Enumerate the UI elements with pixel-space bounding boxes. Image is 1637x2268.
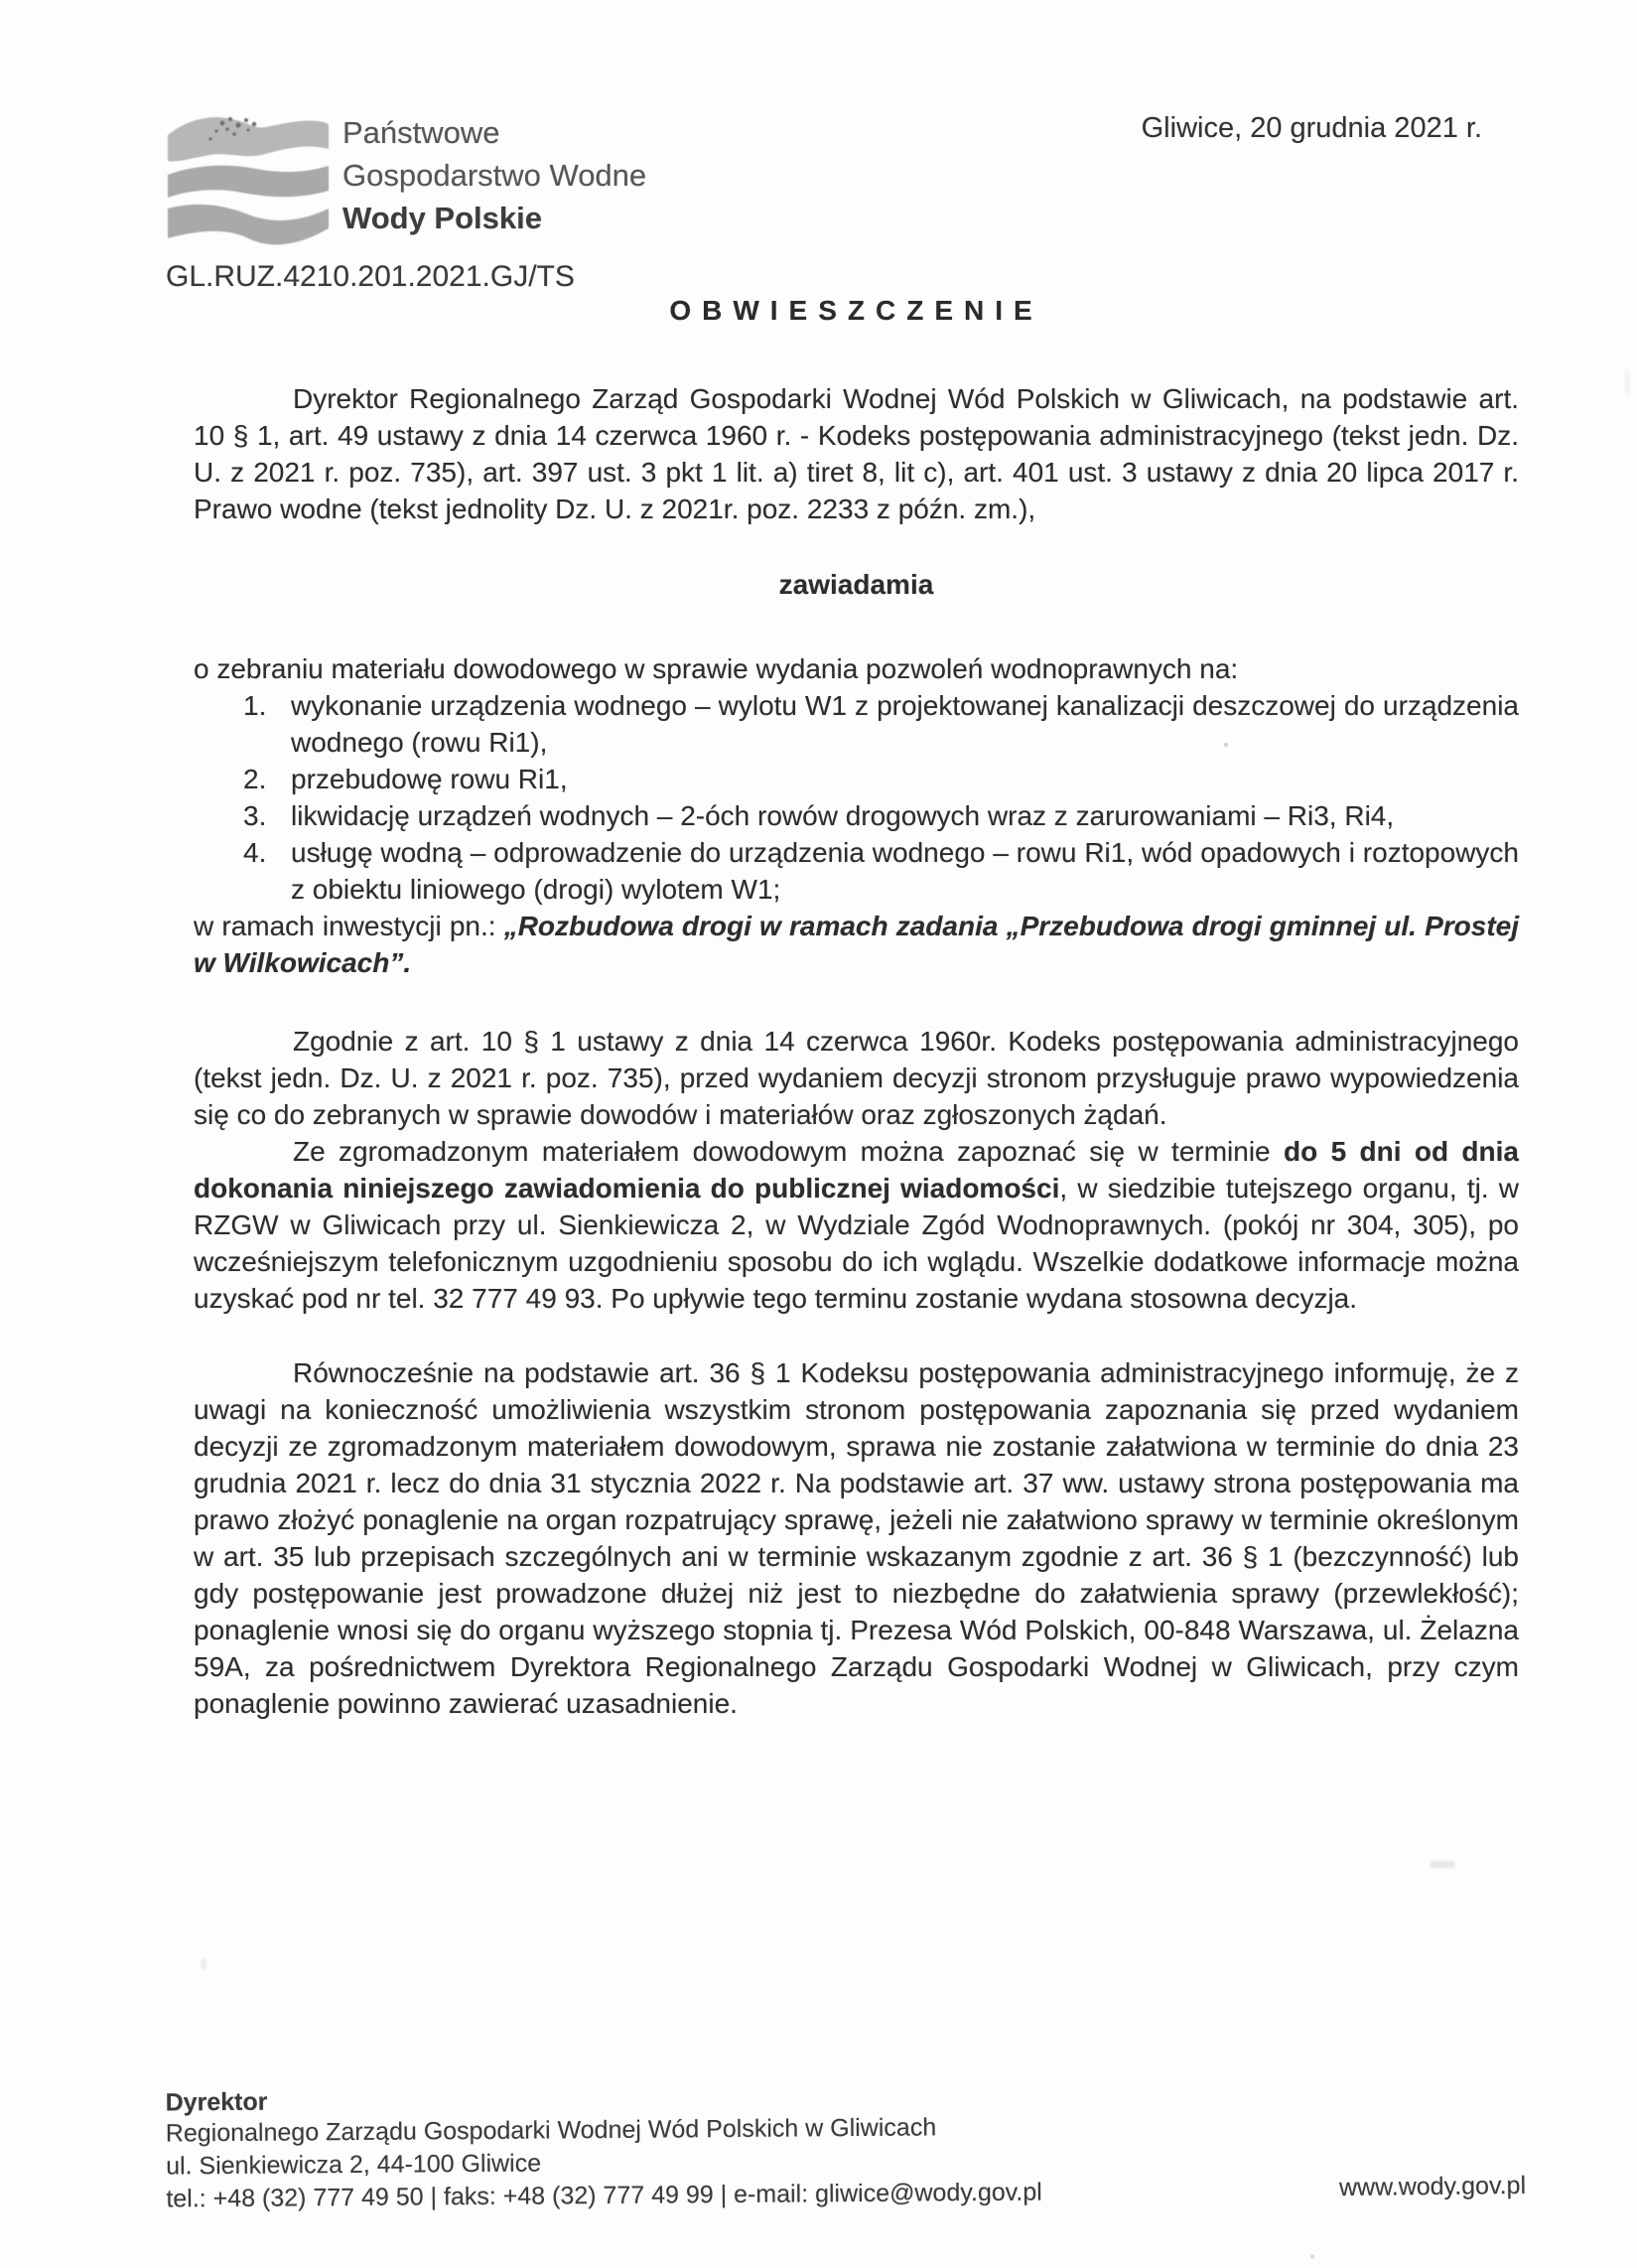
deadline-text-normal: Ze zgromadzonym materiałem dowodowym moż… xyxy=(293,1136,1284,1167)
wody-polskie-logo xyxy=(165,109,332,248)
investment-line: w ramach inwestycji pn.: „Rozbudowa drog… xyxy=(194,908,1519,981)
investment-prefix: w ramach inwestycji pn.: xyxy=(194,911,504,941)
subheading-zawiadamia: zawiadamia xyxy=(194,566,1519,603)
logo-line-panstwowe: Państwowe xyxy=(342,111,646,154)
list-item-text: usługę wodną – odprowadzenie do urządzen… xyxy=(291,834,1519,908)
list-item-text: przebudowę rowu Ri1, xyxy=(291,761,1519,797)
list-item-marker: 1. xyxy=(243,687,291,761)
list-item: 2. przebudowę rowu Ri1, xyxy=(194,761,1519,797)
scan-smudge xyxy=(1430,1861,1455,1868)
water-waves-icon xyxy=(165,109,332,248)
scan-smudge xyxy=(201,1958,206,1970)
scan-speck xyxy=(1224,743,1228,747)
footer-website: www.wody.gov.pl xyxy=(1339,2172,1526,2202)
logo-line-gospodarstwo: Gospodarstwo Wodne xyxy=(342,154,646,197)
list-item-marker: 3. xyxy=(243,797,291,834)
list-item-text: wykonanie urządzenia wodnego – wylotu W1… xyxy=(291,687,1519,761)
paragraph-extension: Równocześnie na podstawie art. 36 § 1 Ko… xyxy=(194,1354,1519,1722)
list-item-marker: 4. xyxy=(243,834,291,908)
date-line: Gliwice, 20 grudnia 2021 r. xyxy=(1142,112,1482,145)
paragraph-kpa-rights: Zgodnie z art. 10 § 1 ustawy z dnia 14 c… xyxy=(194,1023,1519,1133)
scan-smudge xyxy=(1624,369,1630,395)
document-title: OBWIESZCZENIE xyxy=(194,295,1519,327)
footer-contact: tel.: +48 (32) 777 49 50 | faks: +48 (32… xyxy=(166,2177,1042,2216)
scan-speck xyxy=(1310,2254,1314,2259)
footer-organization: Regionalnego Zarządu Gospodarki Wodnej W… xyxy=(166,2111,1042,2151)
list-item: 1. wykonanie urządzenia wodnego – wylotu… xyxy=(194,687,1519,761)
logo-text: Państwowe Gospodarstwo Wodne Wody Polski… xyxy=(342,111,646,239)
permits-list: 1. wykonanie urządzenia wodnego – wylotu… xyxy=(194,687,1519,908)
list-item: 4. usługę wodną – odprowadzenie do urząd… xyxy=(194,834,1519,908)
footer-block: Dyrektor Regionalnego Zarządu Gospodarki… xyxy=(166,2080,1042,2216)
reference-number: GL.RUZ.4210.201.2021.GJ/TS xyxy=(166,260,575,294)
intro-line: o zebraniu materiału dowodowego w sprawi… xyxy=(194,650,1519,687)
paragraph-legal-basis: Dyrektor Regionalnego Zarząd Gospodarki … xyxy=(194,380,1519,527)
logo-line-wody-polskie: Wody Polskie xyxy=(342,197,646,239)
document-page: Państwowe Gospodarstwo Wodne Wody Polski… xyxy=(0,0,1637,2268)
list-item-text: likwidację urządzeń wodnych – 2-óch rowó… xyxy=(291,797,1519,834)
paragraph-deadline: Ze zgromadzonym materiałem dowodowym moż… xyxy=(194,1133,1519,1317)
document-body: Dyrektor Regionalnego Zarząd Gospodarki … xyxy=(194,380,1519,1722)
list-item: 3. likwidację urządzeń wodnych – 2-óch r… xyxy=(194,797,1519,834)
list-item-marker: 2. xyxy=(243,761,291,797)
